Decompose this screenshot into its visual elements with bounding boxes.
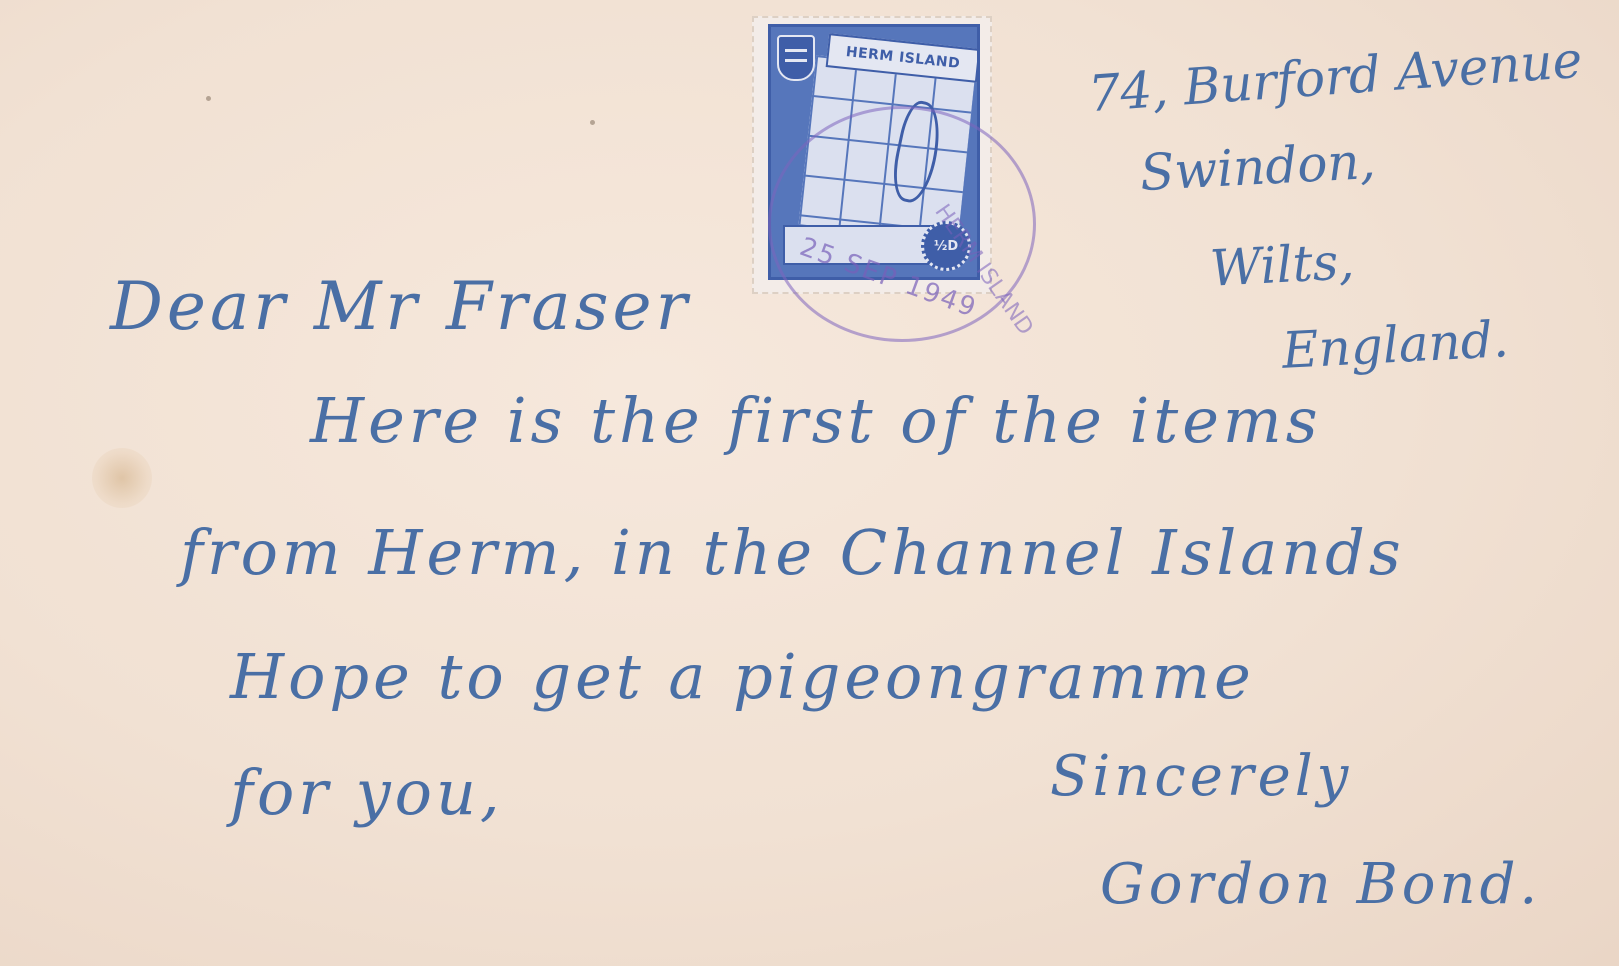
signature: Gordon Bond. xyxy=(1100,852,1541,917)
postcard: HERM ISLAND ½D HERM ISLAND 25 SEP 1949 7… xyxy=(0,0,1619,966)
paper-stain xyxy=(92,448,152,508)
address-line-3: Wilts, xyxy=(1209,232,1356,297)
salutation: Dear Mr Fraser xyxy=(110,268,691,345)
letter-line-4: for you, xyxy=(230,756,504,829)
address-line-4: England. xyxy=(1281,310,1510,380)
letter-line-3: Hope to get a pigeongramme xyxy=(230,640,1255,713)
address-line-2: Swindon, xyxy=(1139,132,1377,202)
letter-line-1: Here is the first of the items xyxy=(310,384,1322,457)
paper-speck xyxy=(206,96,211,101)
closing: Sincerely xyxy=(1050,744,1352,809)
address-line-1: 74, Burford Avenue xyxy=(1087,31,1584,123)
letter-line-2: from Herm, in the Channel Islands xyxy=(180,516,1405,589)
coat-of-arms-icon xyxy=(777,35,815,81)
paper-speck xyxy=(590,120,595,125)
